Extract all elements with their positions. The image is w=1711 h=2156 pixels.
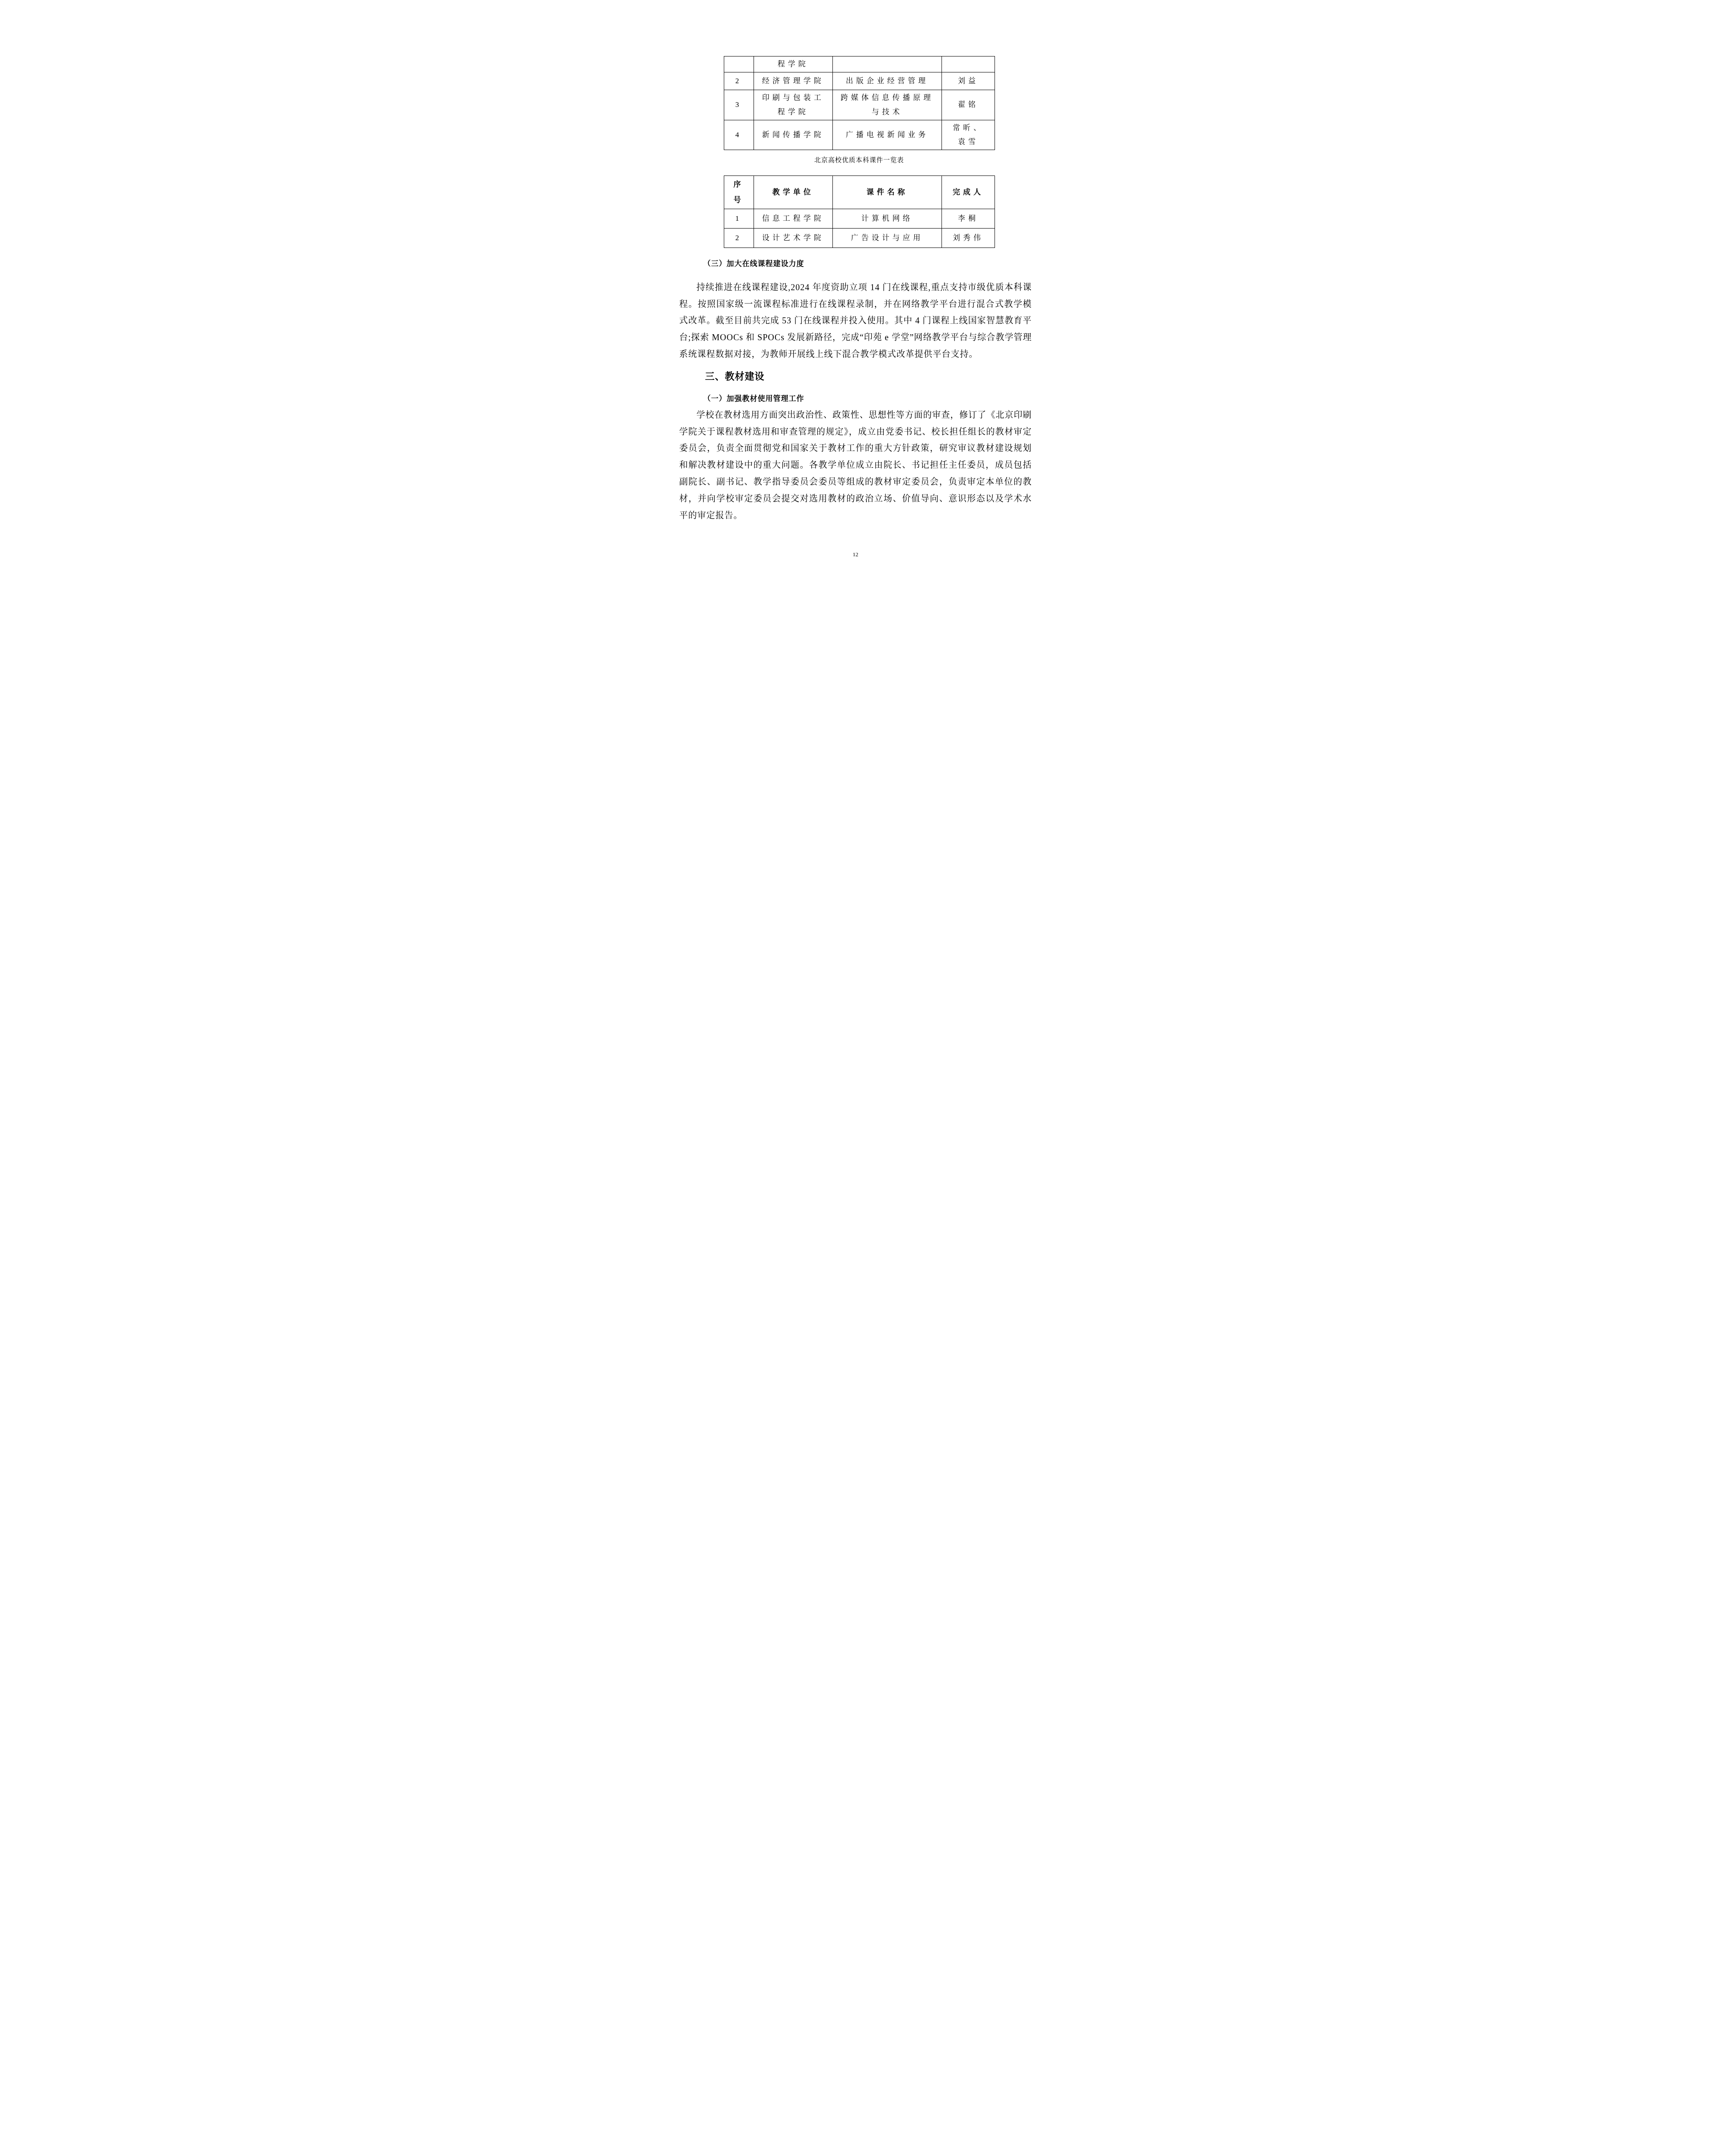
- table-cell-name: [832, 56, 942, 72]
- table-cell-name: 跨媒体信息传播原理与技术: [832, 90, 942, 120]
- table-cell-unit: 新闻传播学院: [754, 120, 832, 150]
- table-row: 3 印刷与包装工程学院 跨媒体信息传播原理与技术 翟铭: [724, 90, 995, 120]
- table-row: 2 设计艺术学院 广告设计与应用 刘秀伟: [724, 228, 995, 248]
- table-cell-name: 计算机网络: [832, 209, 942, 228]
- column-header-num: 序号: [724, 176, 754, 209]
- table-cell-num: 1: [724, 209, 754, 228]
- column-header-person: 完成人: [942, 176, 995, 209]
- table-cell-num: 3: [724, 90, 754, 120]
- table-cell-name: 广告设计与应用: [832, 228, 942, 248]
- table-cell-num: 2: [724, 72, 754, 90]
- column-header-name: 课件名称: [832, 176, 942, 209]
- table-cell-unit: 印刷与包装工程学院: [754, 90, 832, 120]
- subsection-heading-one: （一）加强教材使用管理工作: [679, 394, 1032, 404]
- table-cell-person: 李桐: [942, 209, 995, 228]
- table-row: 2 经济管理学院 出版企业经营管理 刘益: [724, 72, 995, 90]
- table-cell-person: [942, 56, 995, 72]
- subsection-heading-three: （三）加大在线课程建设力度: [679, 259, 1032, 269]
- table-cell-name: 出版企业经营管理: [832, 72, 942, 90]
- document-page: 程学院 2 经济管理学院 出版企业经营管理 刘益 3 印刷与包装工程学院 跨媒体…: [642, 0, 1070, 605]
- table-row: 程学院: [724, 56, 995, 72]
- paragraph-textbook-management: 学校在教材选用方面突出政治性、政策性、思想性等方面的审查，修订了《北京印刷学院关…: [679, 407, 1032, 524]
- table-caption: 北京高校优质本科课件一览表: [724, 156, 995, 165]
- table-header-row: 序号 教学单位 课件名称 完成人: [724, 176, 995, 209]
- table-cell-num: 4: [724, 120, 754, 150]
- table-cell-num: 2: [724, 228, 754, 248]
- table-cell-person: 翟铭: [942, 90, 995, 120]
- paragraph-online-courses: 持续推进在线课程建设,2024 年度资助立项 14 门在线课程,重点支持市级优质…: [679, 279, 1032, 363]
- page-number: 12: [642, 551, 1070, 558]
- online-course-table: 程学院 2 经济管理学院 出版企业经营管理 刘益 3 印刷与包装工程学院 跨媒体…: [724, 56, 995, 150]
- table-cell-unit: 信息工程学院: [754, 209, 832, 228]
- table-row: 4 新闻传播学院 广播电视新闻业务 常昕、袁雪: [724, 120, 995, 150]
- section-heading-textbooks: 三、教材建设: [679, 369, 1032, 383]
- table-cell-unit: 设计艺术学院: [754, 228, 832, 248]
- column-header-unit: 教学单位: [754, 176, 832, 209]
- table-cell-unit: 程学院: [754, 56, 832, 72]
- table-row: 1 信息工程学院 计算机网络 李桐: [724, 209, 995, 228]
- table-cell-name: 广播电视新闻业务: [832, 120, 942, 150]
- table-cell-person: 刘秀伟: [942, 228, 995, 248]
- courseware-table: 序号 教学单位 课件名称 完成人 1 信息工程学院 计算机网络 李桐 2 设计艺…: [724, 175, 995, 248]
- table-cell-person: 刘益: [942, 72, 995, 90]
- table-cell-person: 常昕、袁雪: [942, 120, 995, 150]
- table-cell-unit: 经济管理学院: [754, 72, 832, 90]
- table-cell-num: [724, 56, 754, 72]
